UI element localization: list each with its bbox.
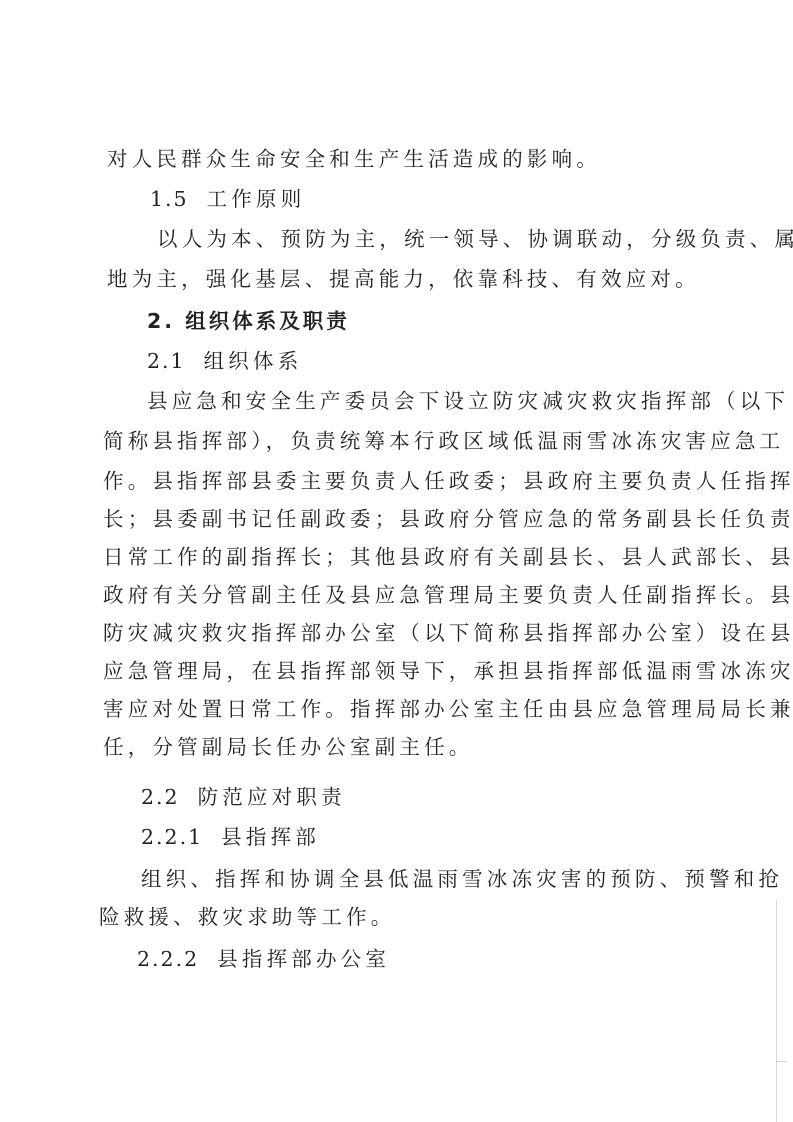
section-title: 县指挥部办公室 xyxy=(217,947,390,971)
paragraph-line: 应急管理局，在县指挥部领导下，承担县指挥部低温雨雪冰冻灾 xyxy=(103,652,793,690)
paragraph-line: 组织、指挥和协调全县低温雨雪冰冻灾害的预防、预警和抢 xyxy=(141,860,783,898)
paragraph-line: 地为主，强化基层、提高能力，依靠科技、有效应对。 xyxy=(107,260,700,298)
section-title: 防范应对职责 xyxy=(198,785,346,809)
paragraph-line: 对人民群众生命安全和生产生活造成的影响。 xyxy=(107,140,601,178)
section-title: 组织体系 xyxy=(204,349,303,373)
scan-edge-line xyxy=(776,900,777,1122)
paragraph-line: 以人为本、预防为主，统一领导、协调联动，分级负责、属 xyxy=(157,220,793,258)
section-heading-2-2: 2.2防范应对职责 xyxy=(141,778,346,816)
paragraph-line: 任，分管副局长任办公室副主任。 xyxy=(103,728,474,766)
paragraph-line: 县应急和安全生产委员会下设立防灾减灾救灾指挥部（以下 xyxy=(147,382,789,420)
section-number: 2.2.1 xyxy=(141,818,203,856)
paragraph-line: 长；县委副书记任副政委；县政府分管应急的常务副县长任负责 xyxy=(103,500,793,538)
paragraph-line: 害应对处置日常工作。指挥部办公室主任由县应急管理局局长兼 xyxy=(103,690,793,728)
paragraph-line: 简称县指挥部），负责统筹本行政区域低温雨雪冰冻灾害应急工 xyxy=(103,422,784,460)
paragraph-line: 险救援、救灾求助等工作。 xyxy=(99,898,395,936)
section-title: 工作原则 xyxy=(207,187,306,211)
section-title: 县指挥部 xyxy=(221,825,320,849)
section-number: 2.2.2 xyxy=(137,940,199,978)
section-heading-2-2-1: 2.2.1县指挥部 xyxy=(141,818,320,856)
paragraph-line: 政府有关分管副主任及县应急管理局主要负责人任副指挥长。县 xyxy=(103,576,793,614)
scan-edge-tick xyxy=(776,1061,786,1062)
section-heading-1-5: 1.5工作原则 xyxy=(150,180,305,218)
section-number: 2.2 xyxy=(141,778,180,816)
chapter-heading-2: 2. 组织体系及职责 xyxy=(147,302,350,340)
section-heading-2-2-2: 2.2.2县指挥部办公室 xyxy=(137,940,390,978)
section-heading-2-1: 2.1组织体系 xyxy=(147,342,302,380)
section-number: 1.5 xyxy=(150,180,189,218)
section-number: 2.1 xyxy=(147,342,186,380)
paragraph-line: 防灾减灾救灾指挥部办公室（以下简称县指挥部办公室）设在县 xyxy=(103,614,793,652)
paragraph-line: 日常工作的副指挥长；其他县政府有关副县长、县人武部长、县 xyxy=(103,538,793,576)
paragraph-line: 作。县指挥部县委主要负责人任政委；县政府主要负责人任指挥 xyxy=(103,462,793,500)
